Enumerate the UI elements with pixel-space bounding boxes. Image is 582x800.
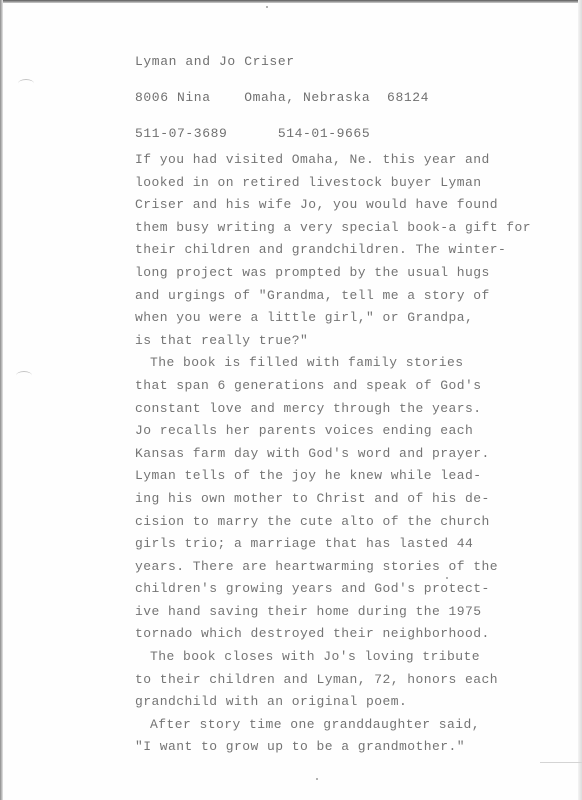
text-line: to their children and Lyman, 72, honors …	[135, 669, 531, 692]
scan-speck	[316, 778, 318, 780]
sender-ids: 511-07-3689 514-01-9665	[135, 128, 429, 140]
text-line: constant love and mercy through the year…	[135, 398, 531, 421]
text-line: when you were a little girl," or Grandpa…	[135, 307, 531, 330]
text-line: "I want to grow up to be a grandmother."	[135, 736, 531, 759]
page-top-edge	[0, 0, 582, 3]
text-line: years. There are heartwarming stories of…	[135, 556, 531, 579]
page-right-edge	[578, 0, 582, 800]
text-line: Lyman tells of the joy he knew while lea…	[135, 465, 531, 488]
paragraph: The book closes with Jo's loving tribute…	[135, 646, 531, 714]
text-line: If you had visited Omaha, Ne. this year …	[135, 149, 531, 172]
sender-address: 8006 Nina Omaha, Nebraska 68124	[135, 92, 429, 104]
text-line: The book closes with Jo's loving tribute	[135, 646, 531, 669]
text-line: Criser and his wife Jo, you would have f…	[135, 194, 531, 217]
text-line: ive hand saving their home during the 19…	[135, 601, 531, 624]
page-left-edge	[0, 0, 3, 800]
text-line: and urgings of "Grandma, tell me a story…	[135, 285, 531, 308]
text-line: children's growing years and God's prote…	[135, 578, 531, 601]
text-line: ing his own mother to Christ and of his …	[135, 488, 531, 511]
article-body: If you had visited Omaha, Ne. this year …	[135, 149, 531, 759]
text-line: cision to marry the cute alto of the chu…	[135, 511, 531, 534]
scanned-page: Lyman and Jo Criser 8006 Nina Omaha, Neb…	[0, 0, 582, 800]
scan-speck	[266, 6, 268, 8]
text-line: tornado which destroyed their neighborho…	[135, 623, 531, 646]
text-line: Kansas farm day with God's word and pray…	[135, 443, 531, 466]
text-line: Jo recalls her parents voices ending eac…	[135, 420, 531, 443]
text-line: The book is filled with family stories	[135, 352, 531, 375]
paragraph: After story time one granddaughter said,…	[135, 714, 531, 759]
text-line: looked in on retired livestock buyer Lym…	[135, 172, 531, 195]
text-line: girls trio; a marriage that has lasted 4…	[135, 533, 531, 556]
binder-hole-mark	[18, 79, 34, 88]
text-line: that span 6 generations and speak of God…	[135, 375, 531, 398]
text-line: is that really true?"	[135, 330, 531, 353]
text-line: them busy writing a very special book-a …	[135, 217, 531, 240]
sender-names: Lyman and Jo Criser	[135, 56, 429, 68]
paragraph: If you had visited Omaha, Ne. this year …	[135, 149, 531, 352]
text-line: long project was prompted by the usual h…	[135, 262, 531, 285]
scan-artifact-line	[540, 762, 582, 763]
text-line: their children and grandchildren. The wi…	[135, 239, 531, 262]
paragraph: The book is filled with family storiesth…	[135, 352, 531, 646]
sender-address-block: Lyman and Jo Criser 8006 Nina Omaha, Neb…	[135, 32, 429, 164]
text-line: grandchild with an original poem.	[135, 691, 531, 714]
binder-hole-mark	[16, 371, 32, 380]
text-line: After story time one granddaughter said,	[135, 714, 531, 737]
